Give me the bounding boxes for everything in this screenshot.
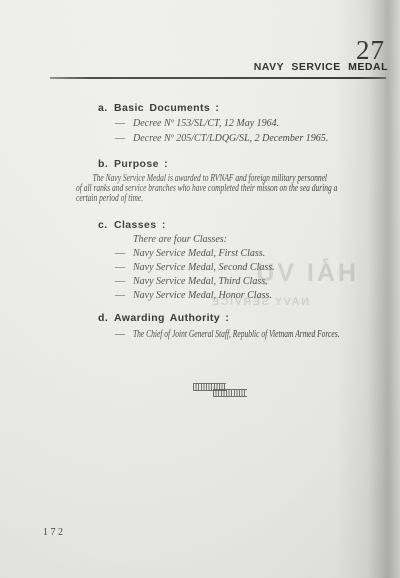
class-text: Navy Service Medal, First Class. <box>133 248 265 259</box>
class-item: —Navy Service Medal, Second Class. <box>115 262 275 273</box>
class-item: —Navy Service Medal, First Class. <box>115 248 265 259</box>
dash-bullet: — <box>115 276 133 287</box>
classes-intro: There are four Classes: <box>133 234 227 245</box>
dash-bullet: — <box>115 329 133 340</box>
scanned-document-page: 27 NAVY SERVICE MEDAL a.Basic Documents … <box>0 0 400 578</box>
purpose-paragraph-line: certain period of time. <box>76 193 143 204</box>
section-letter: b. <box>98 158 114 170</box>
dash-bullet: — <box>115 118 133 129</box>
header-rule <box>50 77 386 79</box>
authority-item: —The Chief of Joint General Staff, Repub… <box>115 329 400 340</box>
dash-bullet: — <box>115 248 133 259</box>
bleed-through-text: NAVY SERVICE <box>210 296 309 308</box>
section-title: Awarding Authority : <box>114 312 229 324</box>
section-letter: c. <box>98 219 114 231</box>
dash-bullet: — <box>115 290 133 301</box>
dash-bullet: — <box>115 262 133 273</box>
authority-text: The Chief of Joint General Staff, Republ… <box>133 329 339 340</box>
divider-ornament-bottom <box>213 389 247 397</box>
section-heading-awarding-authority: d.Awarding Authority : <box>98 312 229 324</box>
class-text: Navy Service Medal, Third Class. <box>133 276 268 287</box>
section-title: Purpose : <box>114 158 168 170</box>
bleed-through-text: HẢI VỤ <box>253 259 356 288</box>
class-item: —Navy Service Medal, Third Class. <box>115 276 268 287</box>
decree-text: Decree Nº 153/SL/CT, 12 May 1964. <box>133 118 279 129</box>
decree-text: Decree Nº 205/CT/LDQG/SL, 2 December 196… <box>133 133 328 144</box>
section-title: Basic Documents : <box>114 102 219 114</box>
decree-item: —Decree Nº 205/CT/LDQG/SL, 2 December 19… <box>115 133 328 144</box>
section-heading-classes: c.Classes : <box>98 219 166 231</box>
dash-bullet: — <box>115 133 133 144</box>
section-heading-basic-documents: a.Basic Documents : <box>98 102 219 114</box>
section-title: Classes : <box>114 219 166 231</box>
page-header-title: NAVY SERVICE MEDAL <box>254 61 388 73</box>
section-letter: a. <box>98 102 114 114</box>
section-heading-purpose: b.Purpose : <box>98 158 168 170</box>
decree-item: —Decree Nº 153/SL/CT, 12 May 1964. <box>115 118 279 129</box>
page-number: 172 <box>43 527 66 538</box>
section-letter: d. <box>98 312 114 324</box>
